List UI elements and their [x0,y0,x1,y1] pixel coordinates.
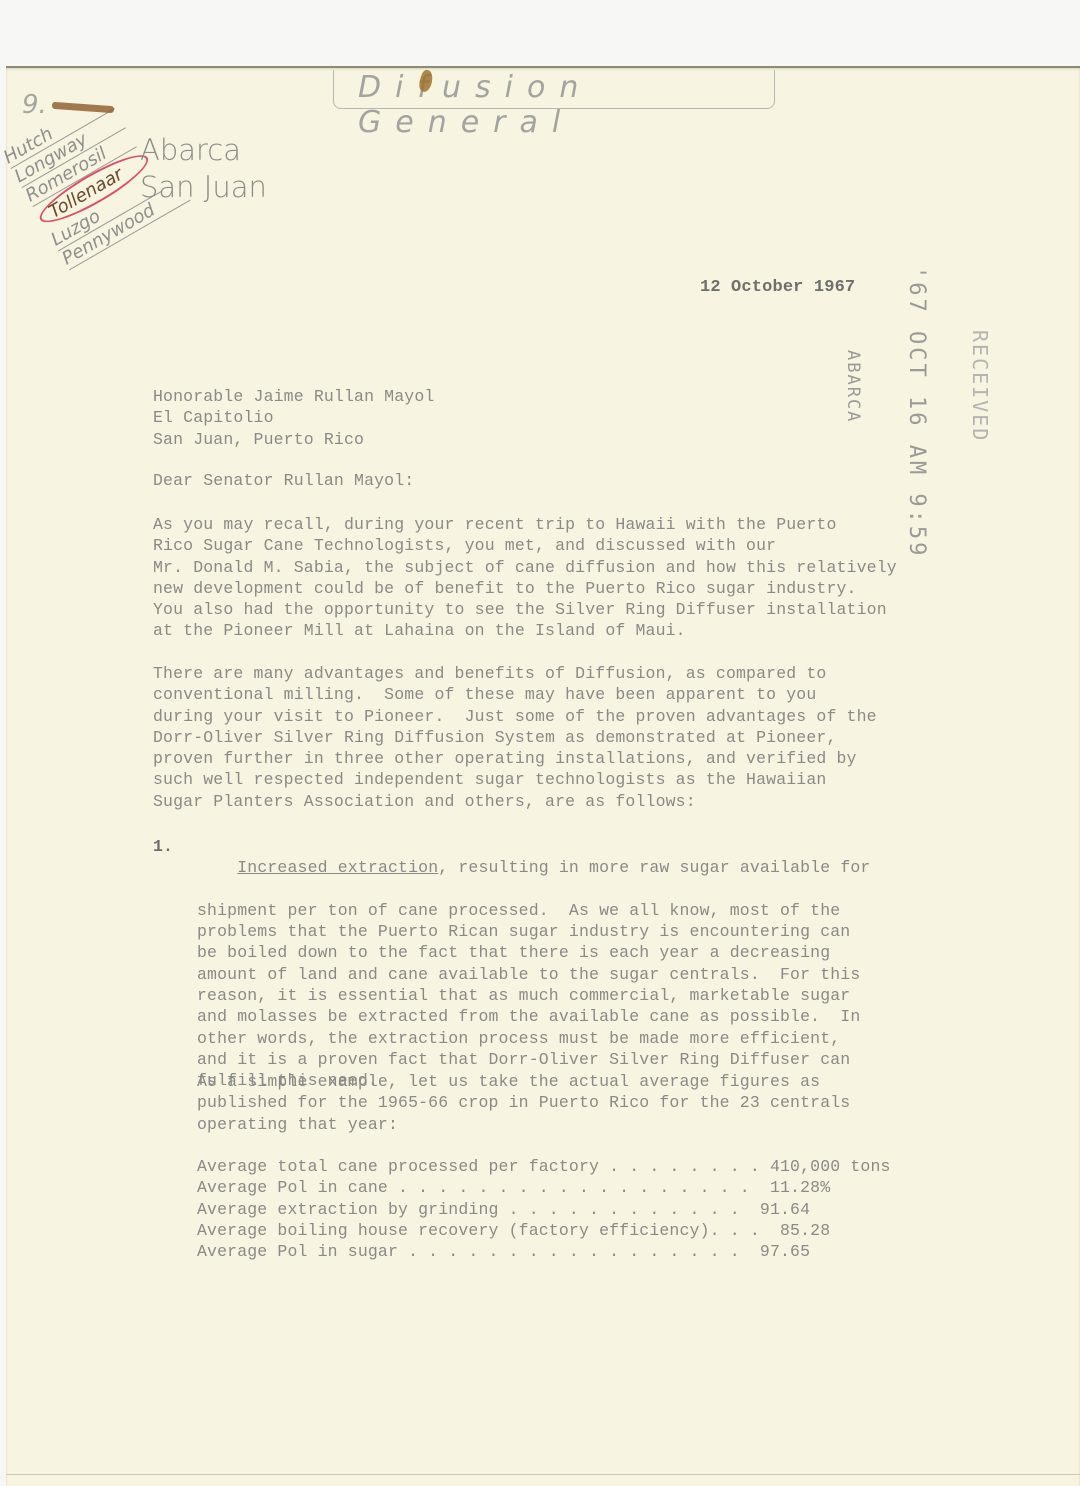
text-line: during your visit to Pioneer. Just some … [153,706,877,727]
text-line: Rico Sugar Cane Technologists, you met, … [153,535,897,556]
text-line: You also had the opportunity to see the … [153,599,897,620]
text-line: There are many advantages and benefits o… [153,663,877,684]
text-line: operating that year: [197,1114,850,1135]
paragraph-2: There are many advantages and benefits o… [153,663,877,812]
text-line: published for the 1965-66 crop in Puerto… [197,1092,850,1113]
item-heading-rest: , resulting in more raw sugar available … [438,858,870,877]
salutation: Dear Senator Rullan Mayol: [153,470,414,491]
text-line: other words, the extraction process must… [197,1028,871,1049]
text-line: As a simple example, let us take the act… [197,1071,850,1092]
figure-value: 85.28 [780,1220,830,1241]
received-stamp-time: '67 OCT 16 AM 9:59 [904,266,929,558]
item-number: 1. [153,836,173,857]
letter-date: 12 October 1967 [700,277,855,298]
text-line: Mr. Donald M. Sabia, the subject of cane… [153,557,897,578]
text-line: As you may recall, during your recent tr… [153,514,897,535]
text-line: shipment per ton of cane processed. As w… [197,900,871,921]
figure-row: Average total cane processed per factory… [197,1156,937,1177]
text-line: such well respected independent sugar te… [153,769,877,790]
text-line: new development could be of benefit to t… [153,578,897,599]
recipient-line: El Capitolio [153,407,434,428]
recipient-address: Honorable Jaime Rullan Mayol El Capitoli… [153,386,434,450]
routing-mark: 9. [22,90,47,120]
text-line: conventional milling. Some of these may … [153,684,877,705]
figure-value: 91.64 [760,1199,810,1220]
figure-value: 410,000 tons [770,1156,891,1177]
text-line: at the Pioneer Mill at Lahaina on the Is… [153,620,897,641]
item-1-first-line: Increased extraction, resulting in more … [197,836,871,900]
margin-routing-notes: 9. Hutch Longway Romerosil Tollenaar Luz… [10,90,170,330]
figure-value: 97.65 [760,1241,810,1262]
received-stamp-abarca: ABARCA [843,350,863,423]
figure-row: Average Pol in sugar . . . . . . . . . .… [197,1241,937,1262]
figure-label: Average Pol in cane . . . . . . . . . . … [197,1177,770,1198]
received-stamp-label: RECEIVED [968,330,992,442]
figure-label: Average extraction by grinding . . . . .… [197,1199,760,1220]
text-line: amount of land and cane available to the… [197,964,871,985]
text-line: Sugar Planters Association and others, a… [153,791,877,812]
figure-label: Average boiling house recovery (factory … [197,1220,780,1241]
figure-row: Average extraction by grinding . . . . .… [197,1199,937,1220]
scanner-background [0,0,1080,67]
figure-value: 11.28% [770,1177,830,1198]
header-annotation-box: Difusion General [333,70,775,109]
item-1-body: Increased extraction, resulting in more … [197,836,871,1092]
figure-label: Average total cane processed per factory… [197,1156,770,1177]
text-line: be boiled down to the fact that there is… [197,942,871,963]
pencil-name-abarca: Abarca [140,133,241,167]
recipient-line: San Juan, Puerto Rico [153,429,434,450]
recipient-line: Honorable Jaime Rullan Mayol [153,386,434,407]
text-line: and it is a proven fact that Dorr-Oliver… [197,1049,871,1070]
pencil-city-sanjuan: San Juan [140,170,267,204]
item-heading: Increased extraction [237,858,438,877]
text-line: problems that the Puerto Rican sugar ind… [197,921,871,942]
text-line: proven further in three other operating … [153,748,877,769]
page-fold-line [6,1474,1080,1475]
text-line: Dorr-Oliver Silver Ring Diffusion System… [153,727,877,748]
example-paragraph: As a simple example, let us take the act… [197,1071,850,1135]
figure-label: Average Pol in sugar . . . . . . . . . .… [197,1241,760,1262]
text-line: reason, it is essential that as much com… [197,985,871,1006]
text-line: and molasses be extracted from the avail… [197,1006,871,1027]
figure-row: Average boiling house recovery (factory … [197,1220,937,1241]
figures-table: Average total cane processed per factory… [197,1156,937,1262]
paragraph-1: As you may recall, during your recent tr… [153,514,897,642]
figure-row: Average Pol in cane . . . . . . . . . . … [197,1177,937,1198]
